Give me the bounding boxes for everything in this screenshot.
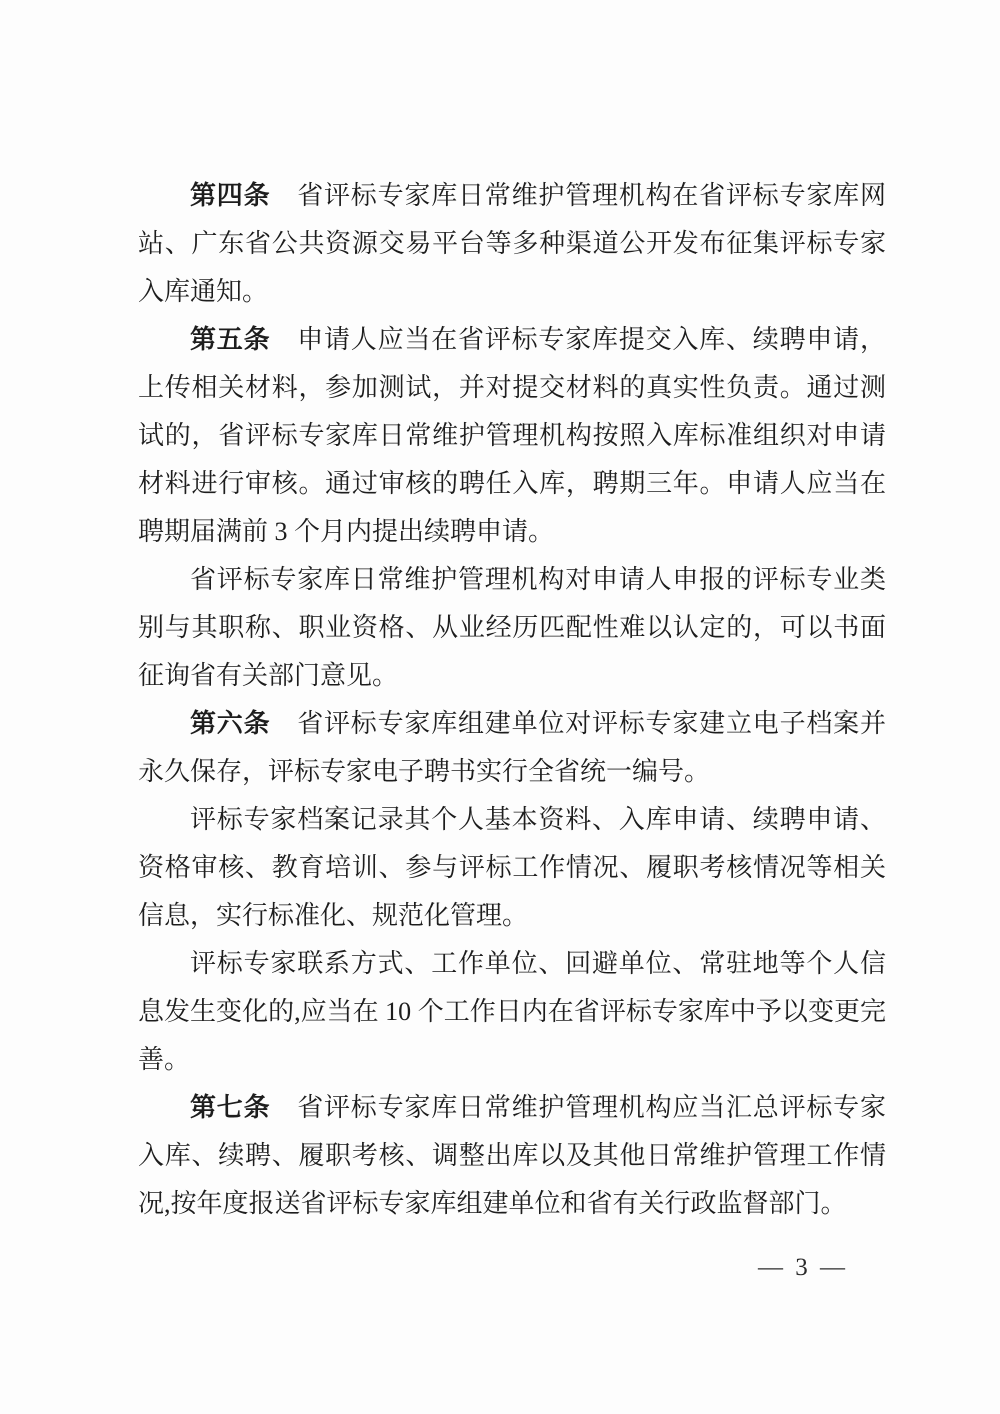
article-number: 第六条 <box>190 709 270 738</box>
paragraph-text: 省评标专家库日常维护管理机构对申请人申报的评标专业类别与其职称、职业资格、从业经… <box>138 565 886 690</box>
paragraph-text: 申请人应当在省评标专家库提交入库、续聘申请，上传相关材料，参加测试，并对提交材料… <box>138 325 886 546</box>
paragraph-article-7: 第七条 省评标专家库日常维护管理机构应当汇总评标专家入库、续聘、履职考核、调整出… <box>138 1084 886 1228</box>
paragraph-article-6-cont-1: 评标专家档案记录其个人基本资料、入库申请、续聘申请、资格审核、教育培训、参与评标… <box>138 796 886 940</box>
paragraph-article-6: 第六条 省评标专家库组建单位对评标专家建立电子档案并永久保存，评标专家电子聘书实… <box>138 700 886 796</box>
document-body: 第四条 省评标专家库日常维护管理机构在省评标专家库网站、广东省公共资源交易平台等… <box>138 172 886 1228</box>
article-number: 第七条 <box>190 1093 270 1122</box>
paragraph-article-5-cont: 省评标专家库日常维护管理机构对申请人申报的评标专业类别与其职称、职业资格、从业经… <box>138 556 886 700</box>
paragraph-article-6-cont-2: 评标专家联系方式、工作单位、回避单位、常驻地等个人信息发生变化的,应当在 10 … <box>138 940 886 1084</box>
document-page: 第四条 省评标专家库日常维护管理机构在省评标专家库网站、广东省公共资源交易平台等… <box>0 0 1000 1414</box>
article-number: 第四条 <box>190 181 270 210</box>
paragraph-text: 评标专家联系方式、工作单位、回避单位、常驻地等个人信息发生变化的,应当在 10 … <box>138 949 886 1074</box>
page-number: — 3 — <box>758 1254 848 1282</box>
article-number: 第五条 <box>190 325 270 354</box>
paragraph-article-4: 第四条 省评标专家库日常维护管理机构在省评标专家库网站、广东省公共资源交易平台等… <box>138 172 886 316</box>
paragraph-text: 评标专家档案记录其个人基本资料、入库申请、续聘申请、资格审核、教育培训、参与评标… <box>138 805 886 930</box>
paragraph-article-5: 第五条 申请人应当在省评标专家库提交入库、续聘申请，上传相关材料，参加测试，并对… <box>138 316 886 556</box>
